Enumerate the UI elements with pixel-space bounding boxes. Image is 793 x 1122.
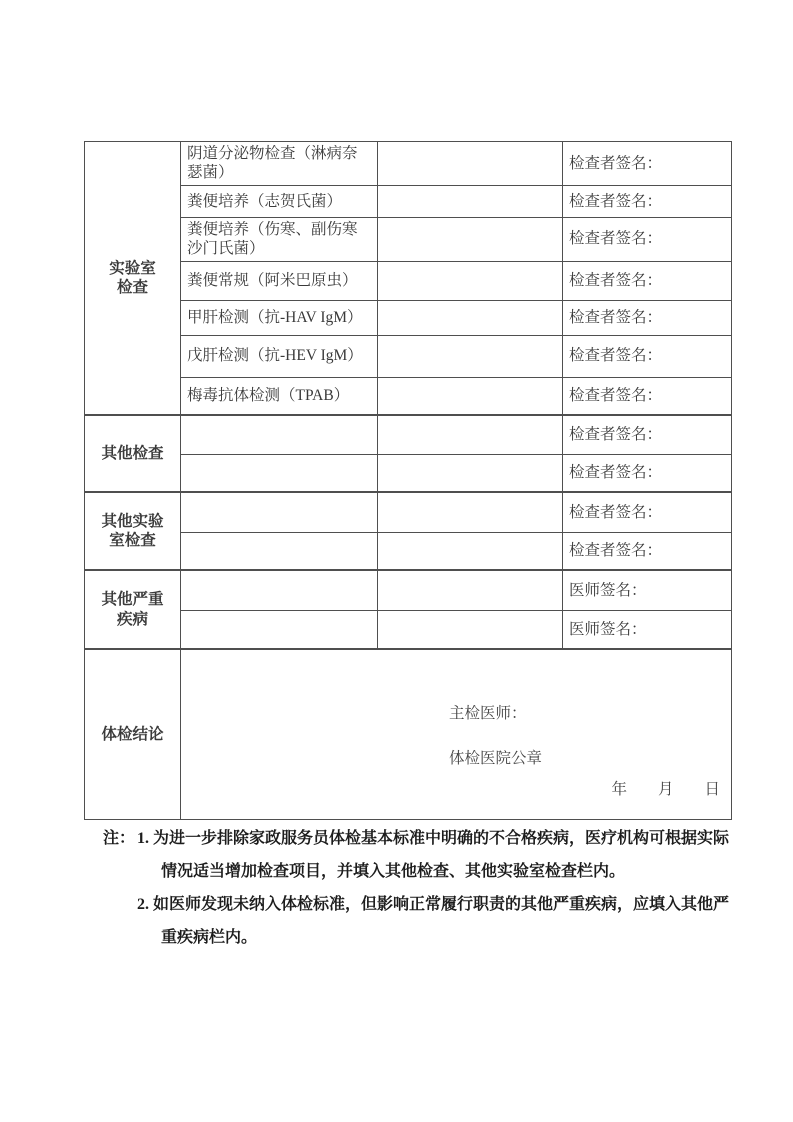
note-item-2: 2. 如医师发现未纳入体检标准，但影响正常履行职责的其他严重疾病，应填入其他严重… <box>137 888 729 954</box>
item-cell <box>181 532 378 570</box>
table-row: 粪便培养（志贺氏菌） 检查者签名： <box>85 185 732 217</box>
result-cell <box>378 300 563 335</box>
chief-physician-label: 主检医师： <box>187 704 725 723</box>
result-cell <box>378 532 563 570</box>
section-label-other-exam: 其他检查 <box>85 415 181 492</box>
result-cell <box>378 261 563 300</box>
item-cell: 梅毒抗体检测（TPAB） <box>181 377 378 415</box>
table-row: 体检结论 主检医师： 体检医院公章 年 月 日 <box>85 649 732 820</box>
signature-cell: 检查者签名： <box>563 492 732 532</box>
table-row: 戊肝检测（抗-HEV IgM） 检查者签名： <box>85 335 732 377</box>
signature-cell: 检查者签名： <box>563 185 732 217</box>
signature-cell: 检查者签名： <box>563 454 732 492</box>
signature-cell: 检查者签名： <box>563 142 732 186</box>
page: 实验室 检查 阴道分泌物检查（淋病奈瑟菌） 检查者签名： 粪便培养（志贺氏菌） … <box>0 0 793 1122</box>
signature-cell: 检查者签名： <box>563 377 732 415</box>
date-line: 年 月 日 <box>187 780 725 799</box>
signature-cell: 检查者签名： <box>563 335 732 377</box>
item-cell <box>181 415 378 454</box>
hospital-seal-label: 体检医院公章 <box>187 749 725 768</box>
result-cell <box>378 377 563 415</box>
table-row: 医师签名： <box>85 610 732 649</box>
section-label-other-disease: 其他严重 疾病 <box>85 570 181 649</box>
signature-cell: 检查者签名： <box>563 532 732 570</box>
table-row: 粪便常规（阿米巴原虫） 检查者签名： <box>85 261 732 300</box>
result-cell <box>378 217 563 261</box>
table-row: 实验室 检查 阴道分泌物检查（淋病奈瑟菌） 检查者签名： <box>85 142 732 186</box>
result-cell <box>378 570 563 610</box>
result-cell <box>378 142 563 186</box>
item-cell: 粪便常规（阿米巴原虫） <box>181 261 378 300</box>
conclusion-content: 主检医师： 体检医院公章 年 月 日 <box>187 652 725 817</box>
item-cell <box>181 610 378 649</box>
item-cell <box>181 492 378 532</box>
table-row: 其他实验 室检查 检查者签名： <box>85 492 732 532</box>
notes-items: 1. 为进一步排除家政服务员体检基本标准中明确的不合格疾病，医疗机构可根据实际情… <box>137 822 729 954</box>
signature-cell: 医师签名： <box>563 610 732 649</box>
table-row: 检查者签名： <box>85 532 732 570</box>
item-cell <box>181 454 378 492</box>
signature-cell: 医师签名： <box>563 570 732 610</box>
table-row: 甲肝检测（抗-HAV IgM） 检查者签名： <box>85 300 732 335</box>
item-cell: 粪便培养（志贺氏菌） <box>181 185 378 217</box>
result-cell <box>378 492 563 532</box>
exam-table: 实验室 检查 阴道分泌物检查（淋病奈瑟菌） 检查者签名： 粪便培养（志贺氏菌） … <box>84 141 732 820</box>
table-row: 梅毒抗体检测（TPAB） 检查者签名： <box>85 377 732 415</box>
item-cell: 阴道分泌物检查（淋病奈瑟菌） <box>181 142 378 186</box>
item-cell: 戊肝检测（抗-HEV IgM） <box>181 335 378 377</box>
table-row: 其他检查 检查者签名： <box>85 415 732 454</box>
notes: 注： 1. 为进一步排除家政服务员体检基本标准中明确的不合格疾病，医疗机构可根据… <box>103 822 729 954</box>
result-cell <box>378 335 563 377</box>
table-row: 检查者签名： <box>85 454 732 492</box>
item-cell: 粪便培养（伤寒、副伤寒沙门氏菌） <box>181 217 378 261</box>
result-cell <box>378 185 563 217</box>
result-cell <box>378 415 563 454</box>
notes-prefix: 注： <box>103 822 137 954</box>
result-cell <box>378 454 563 492</box>
section-label-lab: 实验室 检查 <box>85 142 181 416</box>
section-label-other-lab: 其他实验 室检查 <box>85 492 181 570</box>
table-row: 其他严重 疾病 医师签名： <box>85 570 732 610</box>
result-cell <box>378 610 563 649</box>
table-row: 粪便培养（伤寒、副伤寒沙门氏菌） 检查者签名： <box>85 217 732 261</box>
signature-cell: 检查者签名： <box>563 415 732 454</box>
signature-cell: 检查者签名： <box>563 300 732 335</box>
item-cell <box>181 570 378 610</box>
signature-cell: 检查者签名： <box>563 217 732 261</box>
item-cell: 甲肝检测（抗-HAV IgM） <box>181 300 378 335</box>
note-item-1: 1. 为进一步排除家政服务员体检基本标准中明确的不合格疾病，医疗机构可根据实际情… <box>137 822 729 888</box>
conclusion-cell: 主检医师： 体检医院公章 年 月 日 <box>181 649 732 820</box>
section-label-conclusion: 体检结论 <box>85 649 181 820</box>
signature-cell: 检查者签名： <box>563 261 732 300</box>
